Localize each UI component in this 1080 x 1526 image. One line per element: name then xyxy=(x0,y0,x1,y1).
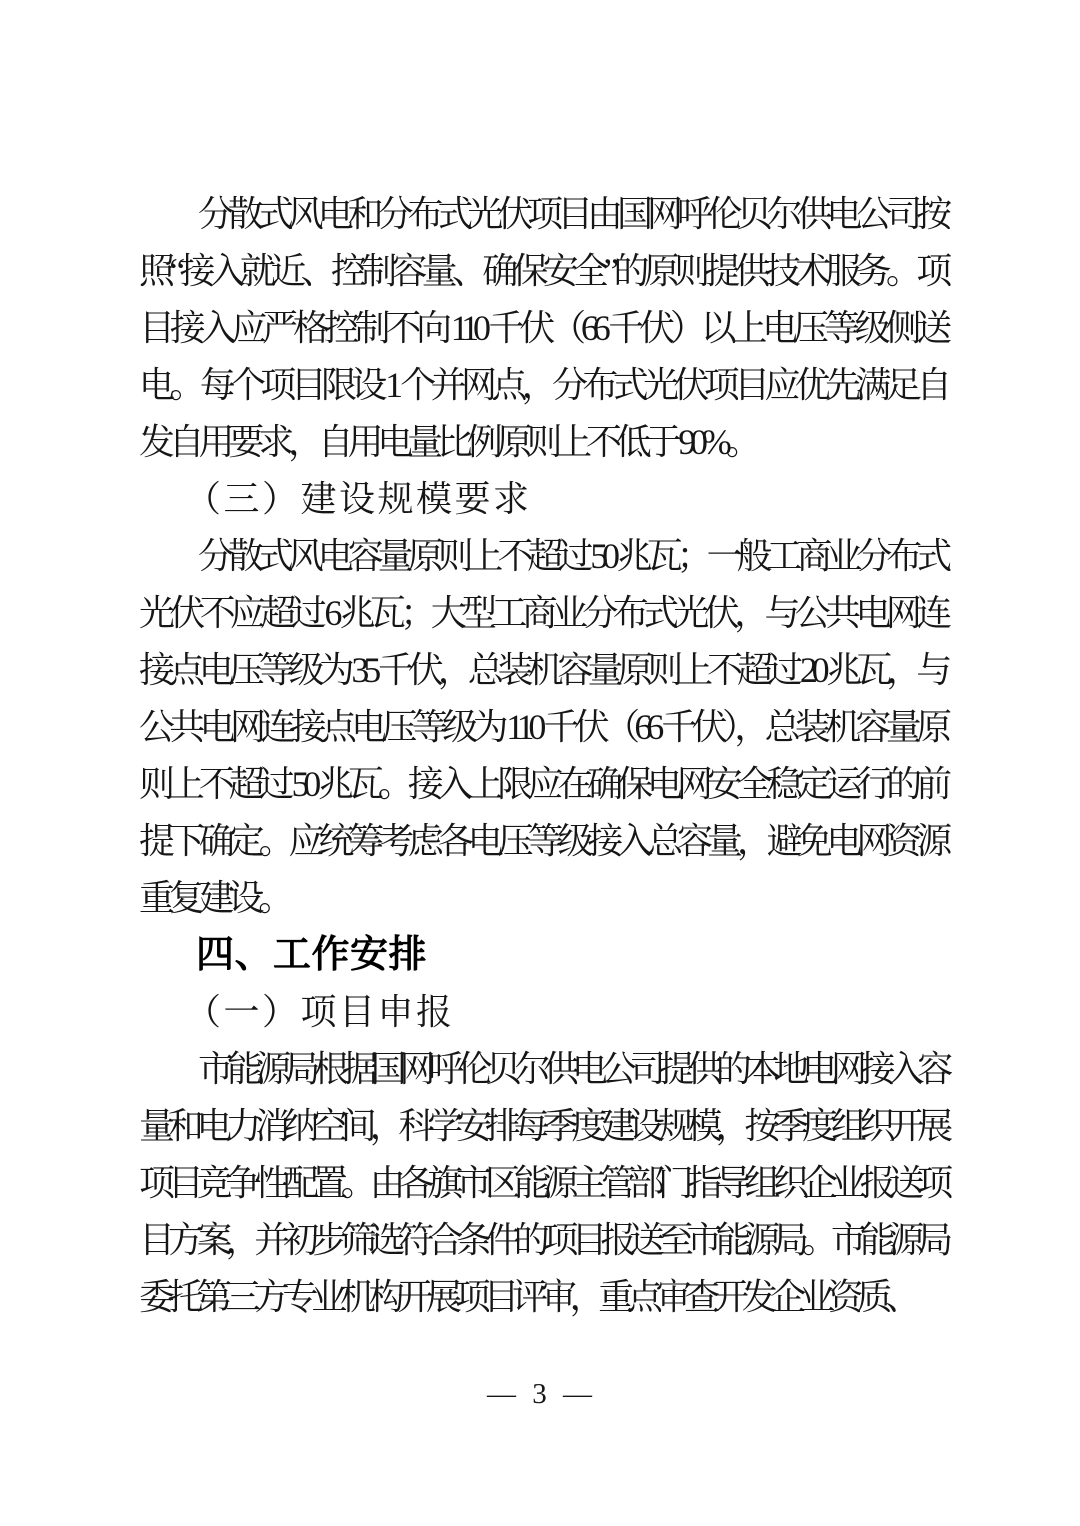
page-number: — 3 — xyxy=(487,1378,593,1410)
heading-work-arrangement: 四、工作安排 xyxy=(139,927,946,984)
paragraph-project-application-process: 市能源局根据国网呼伦贝尔供电公司提供的本地电网接入容量和电力消纳空间，科学安排每… xyxy=(139,1041,946,1326)
paragraph-grid-connection-service: 分散式风电和分布式光伏项目由国网呼伦贝尔供电公司按照“接入就近、控制容量、确保安… xyxy=(139,186,946,471)
paragraph-capacity-limits: 分散式风电容量原则上不超过 50 兆瓦；一般工商业分布式光伏不应超过 6 兆瓦；… xyxy=(139,528,946,927)
document-page: 分散式风电和分布式光伏项目由国网呼伦贝尔供电公司按照“接入就近、控制容量、确保安… xyxy=(0,0,1080,1526)
document-content: 分散式风电和分布式光伏项目由国网呼伦贝尔供电公司按照“接入就近、控制容量、确保安… xyxy=(139,186,946,1326)
page-footer: — 3 — xyxy=(0,1378,1080,1411)
subheading-project-application: （一）项目申报 xyxy=(139,984,946,1041)
subheading-construction-scale-requirements: （三）建设规模要求 xyxy=(139,471,946,528)
